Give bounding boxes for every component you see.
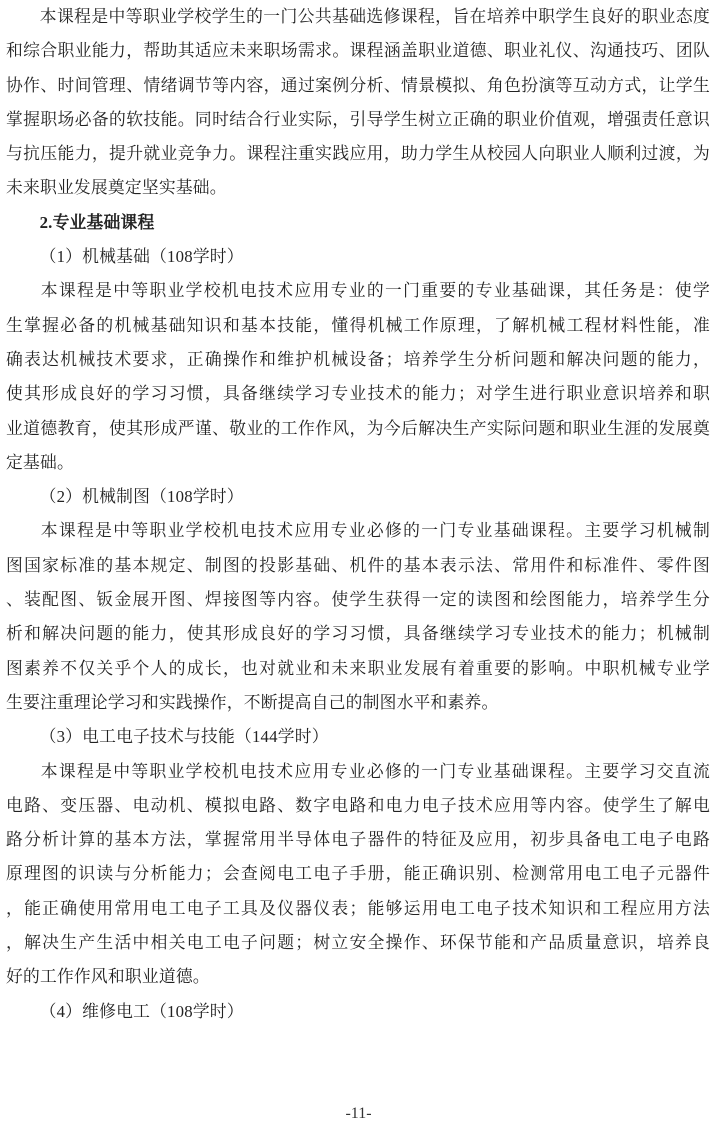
text-line: 使其形成良好的学习习惯，具备继续学习专业技术的能力；对学生进行职业意识培养和职	[6, 377, 710, 411]
text-line: 和综合职业能力，帮助其适应未来职场需求。课程涵盖职业道德、职业礼仪、沟通技巧、团…	[6, 34, 710, 68]
text-line: 未来职业发展奠定坚实基础。	[6, 171, 710, 205]
text-line: 生要注重理论学习和实践操作，不断提高自己的制图水平和素养。	[6, 686, 710, 720]
text-line: ，能正确使用常用电工电子工具及仪器仪表；能够运用电工电子技术知识和工程应用方法	[6, 892, 710, 926]
subheading-block: （3）电工电子技术与技能（144学时）	[6, 720, 710, 754]
text-line: 本课程是中等职业学校机电技术应用专业必修的一门专业基础课程。主要学习机械制	[6, 514, 710, 548]
paragraph-block: 本课程是中等职业学校机电技术应用专业必修的一门专业基础课程。主要学习交直流电路、…	[6, 755, 710, 995]
text-line: ，解决生产生活中相关电工电子问题；树立安全操作、环保节能和产品质量意识，培养良	[6, 926, 710, 960]
text-line: （4）维修电工（108学时）	[6, 995, 710, 1029]
text-line: （3）电工电子技术与技能（144学时）	[6, 720, 710, 754]
text-line: （1）机械基础（108学时）	[6, 240, 710, 274]
text-line: 原理图的识读与分析能力；会查阅电工电子手册，能正确识别、检测常用电工电子元器件	[6, 857, 710, 891]
text-line: 确表达机械技术要求，正确操作和维护机械设备；培养学生分析问题和解决问题的能力，	[6, 343, 710, 377]
text-line: 2.专业基础课程	[6, 206, 710, 240]
subheading-block: （1）机械基础（108学时）	[6, 240, 710, 274]
text-line: 电路、变压器、电动机、模拟电路、数字电路和电力电子技术应用等内容。使学生了解电	[6, 789, 710, 823]
text-line: 析和解决问题的能力，使其形成良好的学习习惯，具备继续学习专业技术的能力；机械制	[6, 617, 710, 651]
paragraph-block: 本课程是中等职业学校机电技术应用专业必修的一门专业基础课程。主要学习机械制图国家…	[6, 514, 710, 720]
heading-block: 2.专业基础课程	[6, 206, 710, 240]
paragraph-block: 本课程是中等职业学校学生的一门公共基础选修课程，旨在培养中职学生良好的职业态度和…	[6, 0, 710, 206]
paragraph-block: 本课程是中等职业学校机电技术应用专业的一门重要的专业基础课，其任务是：使学生掌握…	[6, 274, 710, 480]
text-line: 、装配图、钣金展开图、焊接图等内容。使学生获得一定的读图和绘图能力，培养学生分	[6, 583, 710, 617]
text-line: 好的工作作风和职业道德。	[6, 960, 710, 994]
subheading-block: （4）维修电工（108学时）	[6, 995, 710, 1029]
text-line: 本课程是中等职业学校学生的一门公共基础选修课程，旨在培养中职学生良好的职业态度	[6, 0, 710, 34]
document-content: 本课程是中等职业学校学生的一门公共基础选修课程，旨在培养中职学生良好的职业态度和…	[6, 0, 710, 1029]
subheading-block: （2）机械制图（108学时）	[6, 480, 710, 514]
text-line: 业道德教育，使其形成严谨、敬业的工作作风，为今后解决生产实际问题和职业生涯的发展…	[6, 412, 710, 446]
page-number: -11-	[0, 1104, 717, 1124]
text-line: 图国家标准的基本规定、制图的投影基础、机件的基本表示法、常用件和标准件、零件图	[6, 549, 710, 583]
text-line: 与抗压能力，提升就业竞争力。课程注重实践应用，助力学生从校园人向职业人顺利过渡，…	[6, 137, 710, 171]
text-line: 本课程是中等职业学校机电技术应用专业的一门重要的专业基础课，其任务是：使学	[6, 274, 710, 308]
text-line: 本课程是中等职业学校机电技术应用专业必修的一门专业基础课程。主要学习交直流	[6, 755, 710, 789]
document-page: 本课程是中等职业学校学生的一门公共基础选修课程，旨在培养中职学生良好的职业态度和…	[0, 0, 717, 1128]
text-line: 定基础。	[6, 446, 710, 480]
text-line: 路分析计算的基本方法，掌握常用半导体电子器件的特征及应用，初步具备电工电子电路	[6, 823, 710, 857]
text-line: 协作、时间管理、情绪调节等内容，通过案例分析、情景模拟、角色扮演等互动方式，让学…	[6, 69, 710, 103]
text-line: （2）机械制图（108学时）	[6, 480, 710, 514]
text-line: 掌握职场必备的软技能。同时结合行业实际，引导学生树立正确的职业价值观，增强责任意…	[6, 103, 710, 137]
text-line: 图素养不仅关乎个人的成长，也对就业和未来职业发展有着重要的影响。中职机械专业学	[6, 652, 710, 686]
text-line: 生掌握必备的机械基础知识和基本技能，懂得机械工作原理，了解机械工程材料性能，准	[6, 309, 710, 343]
